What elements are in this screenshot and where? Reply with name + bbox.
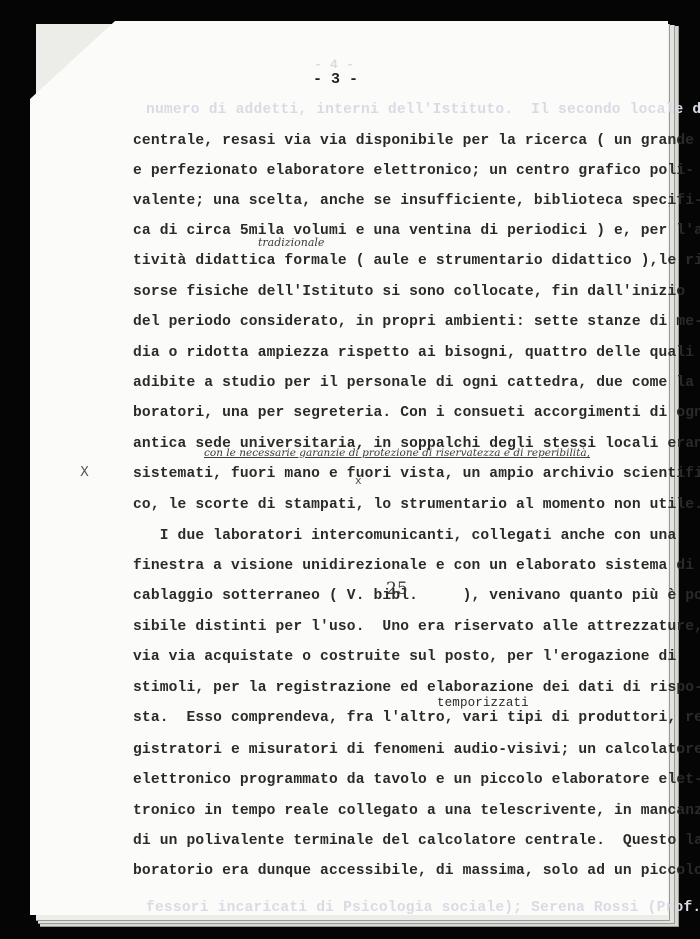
annotation-inserted-clause: con le necessarie garanzie di protezione…	[204, 447, 590, 459]
annotation-bibl-number: 25	[386, 579, 408, 599]
text-line: dia o ridotta ampiezza rispetto ai bisog…	[133, 345, 694, 361]
text-line: centrale, resasi via via disponibile per…	[133, 133, 694, 149]
annotation-tradizionale: tradizionale	[258, 236, 324, 249]
text-line: cablaggio sotterraneo ( V. bibl. ), veni…	[133, 588, 700, 604]
page-number: - 3 -	[313, 71, 358, 88]
text-line: del periodo considerato, in propri ambie…	[133, 314, 700, 330]
text-line: sta. Esso comprendeva, fra l'altro, vari…	[133, 710, 700, 726]
annotation-temporizzati: temporizzati	[437, 696, 529, 710]
text-line: ca di circa 5mila volumi e una ventina d…	[133, 223, 700, 239]
text-line: finestra a visione unidirezionale e con …	[133, 558, 694, 574]
text-line: di un polivalente terminale del calcolat…	[133, 833, 700, 849]
text-line: sorse fisiche dell'Istituto si sono coll…	[133, 284, 685, 300]
text-line: I due laboratori intercomunicanti, colle…	[133, 528, 676, 544]
text-line: tività didattica formale ( aule e strume…	[133, 253, 700, 269]
text-line: gistratori e misuratori di fenomeni audi…	[133, 742, 700, 758]
text-line: adibite a studio per il personale di ogn…	[133, 375, 694, 391]
margin-x-mark: X	[80, 465, 89, 480]
insertion-mark: x	[355, 474, 362, 487]
bleed-first-line: numero di addetti, interni dell'Istituto…	[146, 102, 700, 118]
bleed-last-line: fessori incaricati di Psicologia sociale…	[146, 900, 700, 916]
text-line: co, le scorte di stampati, lo strumentar…	[133, 497, 700, 513]
text-line: stimoli, per la registrazione ed elabora…	[133, 680, 700, 696]
bleed-page-number: - 4 -	[314, 57, 354, 72]
text-line: valente; una scelta, anche se insufficie…	[133, 193, 700, 209]
text-line: sibile distinti per l'uso. Uno era riser…	[133, 619, 700, 635]
text-line: tronico in tempo reale collegato a una t…	[133, 803, 700, 819]
text-line: sistemati, fuori mano e fuori vista, un …	[133, 466, 700, 482]
text-line: boratori, una per segreteria. Con i cons…	[133, 405, 700, 421]
text-line: elettronico programmato da tavolo e un p…	[133, 772, 700, 788]
text-line: boratorio era dunque accessibile, di mas…	[133, 863, 700, 879]
text-line: e perfezionato elaboratore elettronico; …	[133, 163, 694, 179]
text-line: via via acquistate o costruite sul posto…	[133, 649, 676, 665]
